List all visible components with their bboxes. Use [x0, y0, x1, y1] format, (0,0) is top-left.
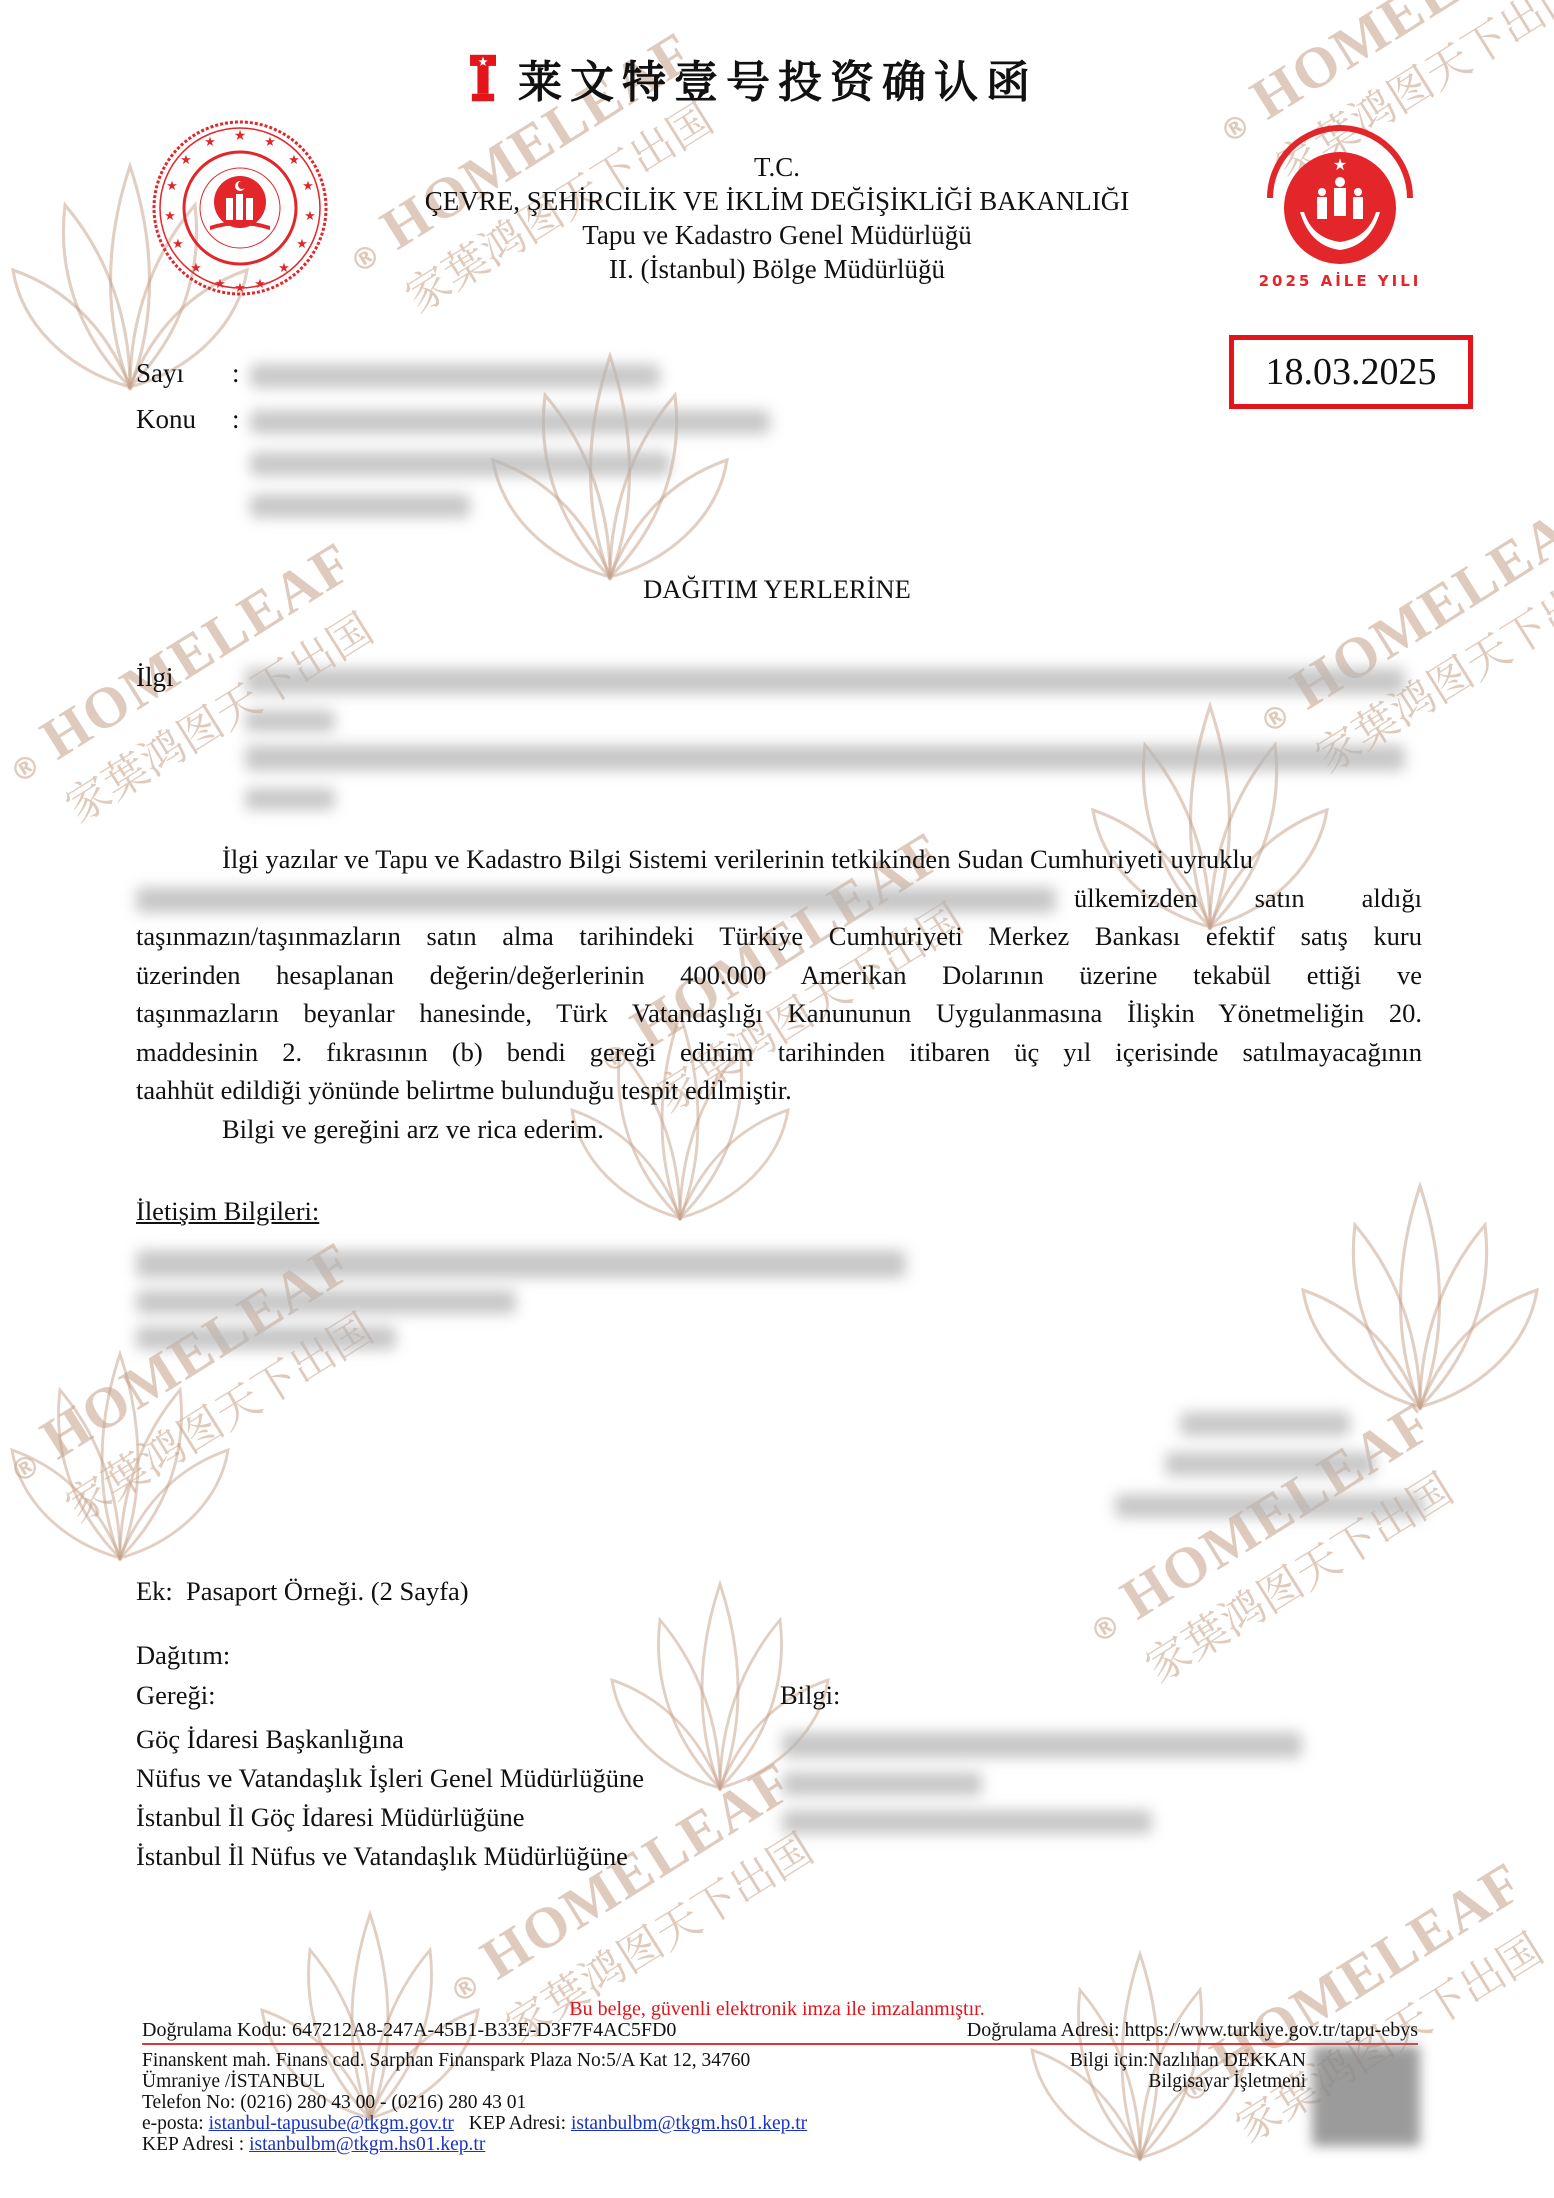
- esign-notice: Bu belge, güvenli elektronik imza ile im…: [0, 1998, 1554, 2021]
- ilgi-redacted: [245, 710, 335, 732]
- email-link[interactable]: istanbul-tapusube@tkgm.gov.tr: [209, 2113, 454, 2134]
- body-line-with-redaction: ülkemizden satın aldığı: [136, 879, 1422, 918]
- ilgi-redacted: [245, 668, 1405, 694]
- body-line: üzerinden hesaplanan değerin/değerlerini…: [136, 956, 1422, 995]
- attachment-line: Ek: Pasaport Örneği. (2 Sayfa): [136, 1576, 469, 1607]
- document-banner: 莱文特壹号投资确认函: [470, 48, 1038, 108]
- watermark: ®HOMELEAF家葉鸿图天下出国: [1070, 1388, 1479, 1711]
- date-value: 18.03.2025: [1266, 350, 1437, 394]
- header-regional-directorate: II. (İstanbul) Bölge Müdürlüğü: [0, 252, 1554, 286]
- info-contact-block: Bilgi için:Nazlıhan DEKKAN Bilgisayar İş…: [1070, 2050, 1306, 2092]
- bilgi-redacted: [782, 1810, 1152, 1834]
- distribution-item: Nüfus ve Vatandaşlık İşleri Genel Müdürl…: [136, 1759, 644, 1798]
- lotus-watermark-icon: [1290, 1160, 1550, 1420]
- red-t-logo-icon: [470, 53, 496, 103]
- closing-line: Bilgi ve gereğini arz ve rica ederim.: [136, 1110, 1422, 1149]
- ilgi-redacted: [245, 745, 1405, 771]
- distribution-item: Göç İdaresi Başkanlığına: [136, 1720, 644, 1759]
- svg-text:★: ★: [204, 135, 216, 150]
- body-line: maddesinin 2. fıkrasının (b) bendi gereğ…: [136, 1033, 1422, 1072]
- header-tc: T.C.: [0, 150, 1554, 184]
- body-line: taahhüt edildiği yönünde belirtme bulund…: [136, 1071, 1422, 1110]
- header-directorate: Tapu ve Kadastro Genel Müdürlüğü: [0, 218, 1554, 252]
- contact-redacted: [136, 1326, 396, 1350]
- body-line-tail-text: ülkemizden satın aldığı: [1074, 879, 1422, 918]
- contact-redacted: [136, 1250, 906, 1278]
- konu-redacted: [250, 452, 670, 476]
- distribution-item: İstanbul İl Göç İdaresi Müdürlüğüne: [136, 1798, 644, 1837]
- address-line: Finanskent mah. Finans cad. Sarphan Fina…: [142, 2050, 807, 2071]
- konu-colon: :: [232, 404, 240, 435]
- bilgi-redacted: [782, 1772, 982, 1796]
- kep-line: KEP Adresi : istanbulbm@tkgm.hs01.kep.tr: [142, 2134, 807, 2155]
- body-line: taşınmazın/taşınmazların satın alma tari…: [136, 917, 1422, 956]
- bilgi-redacted: [782, 1732, 1302, 1758]
- verification-code: Doğrulama Kodu: 647212A8-247A-45B1-B33E-…: [142, 2020, 676, 2041]
- svg-text:★: ★: [234, 128, 247, 144]
- info-contact: Bilgi için:Nazlıhan DEKKAN: [1070, 2050, 1306, 2071]
- banner-title: 莱文特壹号投资确认函: [518, 46, 1038, 110]
- contact-redacted: [136, 1290, 516, 1314]
- contact-heading: İletişim Bilgileri:: [136, 1196, 319, 1227]
- document-date: 18.03.2025: [1229, 335, 1473, 409]
- qr-code-icon: [1312, 2046, 1420, 2146]
- body-line-tail: ülkemizden satın aldığı: [1074, 879, 1422, 918]
- lotus-watermark-icon: [0, 1330, 240, 1570]
- email-label: e-posta:: [142, 2113, 209, 2134]
- body-line: taşınmazların beyanlar hanesinde, Türk V…: [136, 994, 1422, 1033]
- sayi-redacted: [250, 364, 660, 388]
- applicant-name-redacted: [136, 887, 1056, 913]
- signature-redacted: [1180, 1412, 1350, 1436]
- gerekci-list: Göç İdaresi Başkanlığına Nüfus ve Vatand…: [136, 1720, 644, 1876]
- sayi-colon: :: [232, 358, 240, 389]
- letterhead: T.C. ÇEVRE, ŞEHİRCİLİK VE İKLİM DEĞİŞİKL…: [0, 150, 1554, 286]
- bilgi-label: Bilgi:: [780, 1680, 840, 1711]
- signature-redacted: [1165, 1452, 1375, 1476]
- kep-link-inline[interactable]: istanbulbm@tkgm.hs01.kep.tr: [571, 2113, 807, 2134]
- address-line: Ümraniye /İSTANBUL: [142, 2071, 807, 2092]
- gerekci-label: Gereği:: [136, 1680, 215, 1711]
- konu-redacted: [250, 494, 470, 518]
- header-ministry: ÇEVRE, ŞEHİRCİLİK VE İKLİM DEĞİŞİKLİĞİ B…: [0, 184, 1554, 218]
- ilgi-label: İlgi: [136, 662, 174, 693]
- sayi-label: Sayı: [136, 358, 184, 389]
- email-line: e-posta: istanbul-tapusube@tkgm.gov.tr K…: [142, 2113, 807, 2134]
- footer-divider: [142, 2043, 1418, 2045]
- konu-redacted: [250, 410, 770, 434]
- distribution-heading: Dağıtım:: [136, 1640, 230, 1671]
- footer-address-block: Finanskent mah. Finans cad. Sarphan Fina…: [142, 2050, 807, 2155]
- body-line: İlgi yazılar ve Tapu ve Kadastro Bilgi S…: [136, 840, 1422, 879]
- verification-address: Doğrulama Adresi: https://www.turkiye.go…: [967, 2020, 1418, 2041]
- signature-redacted: [1115, 1494, 1425, 1518]
- kep-link[interactable]: istanbulbm@tkgm.hs01.kep.tr: [249, 2134, 485, 2155]
- svg-text:★: ★: [264, 135, 276, 150]
- phone-line: Telefon No: (0216) 280 43 00 - (0216) 28…: [142, 2092, 807, 2113]
- konu-label: Konu: [136, 404, 196, 435]
- kep-label: KEP Adresi :: [142, 2134, 249, 2155]
- info-role: Bilgisayar İşletmeni: [1070, 2071, 1306, 2092]
- distribution-item: İstanbul İl Nüfus ve Vatandaşlık Müdürlü…: [136, 1837, 644, 1876]
- recipient-heading: DAĞITIM YERLERİNE: [0, 574, 1554, 605]
- body-paragraph: İlgi yazılar ve Tapu ve Kadastro Bilgi S…: [136, 840, 1422, 1148]
- ilgi-redacted: [245, 788, 335, 810]
- kep-label-inline: KEP Adresi:: [469, 2113, 571, 2134]
